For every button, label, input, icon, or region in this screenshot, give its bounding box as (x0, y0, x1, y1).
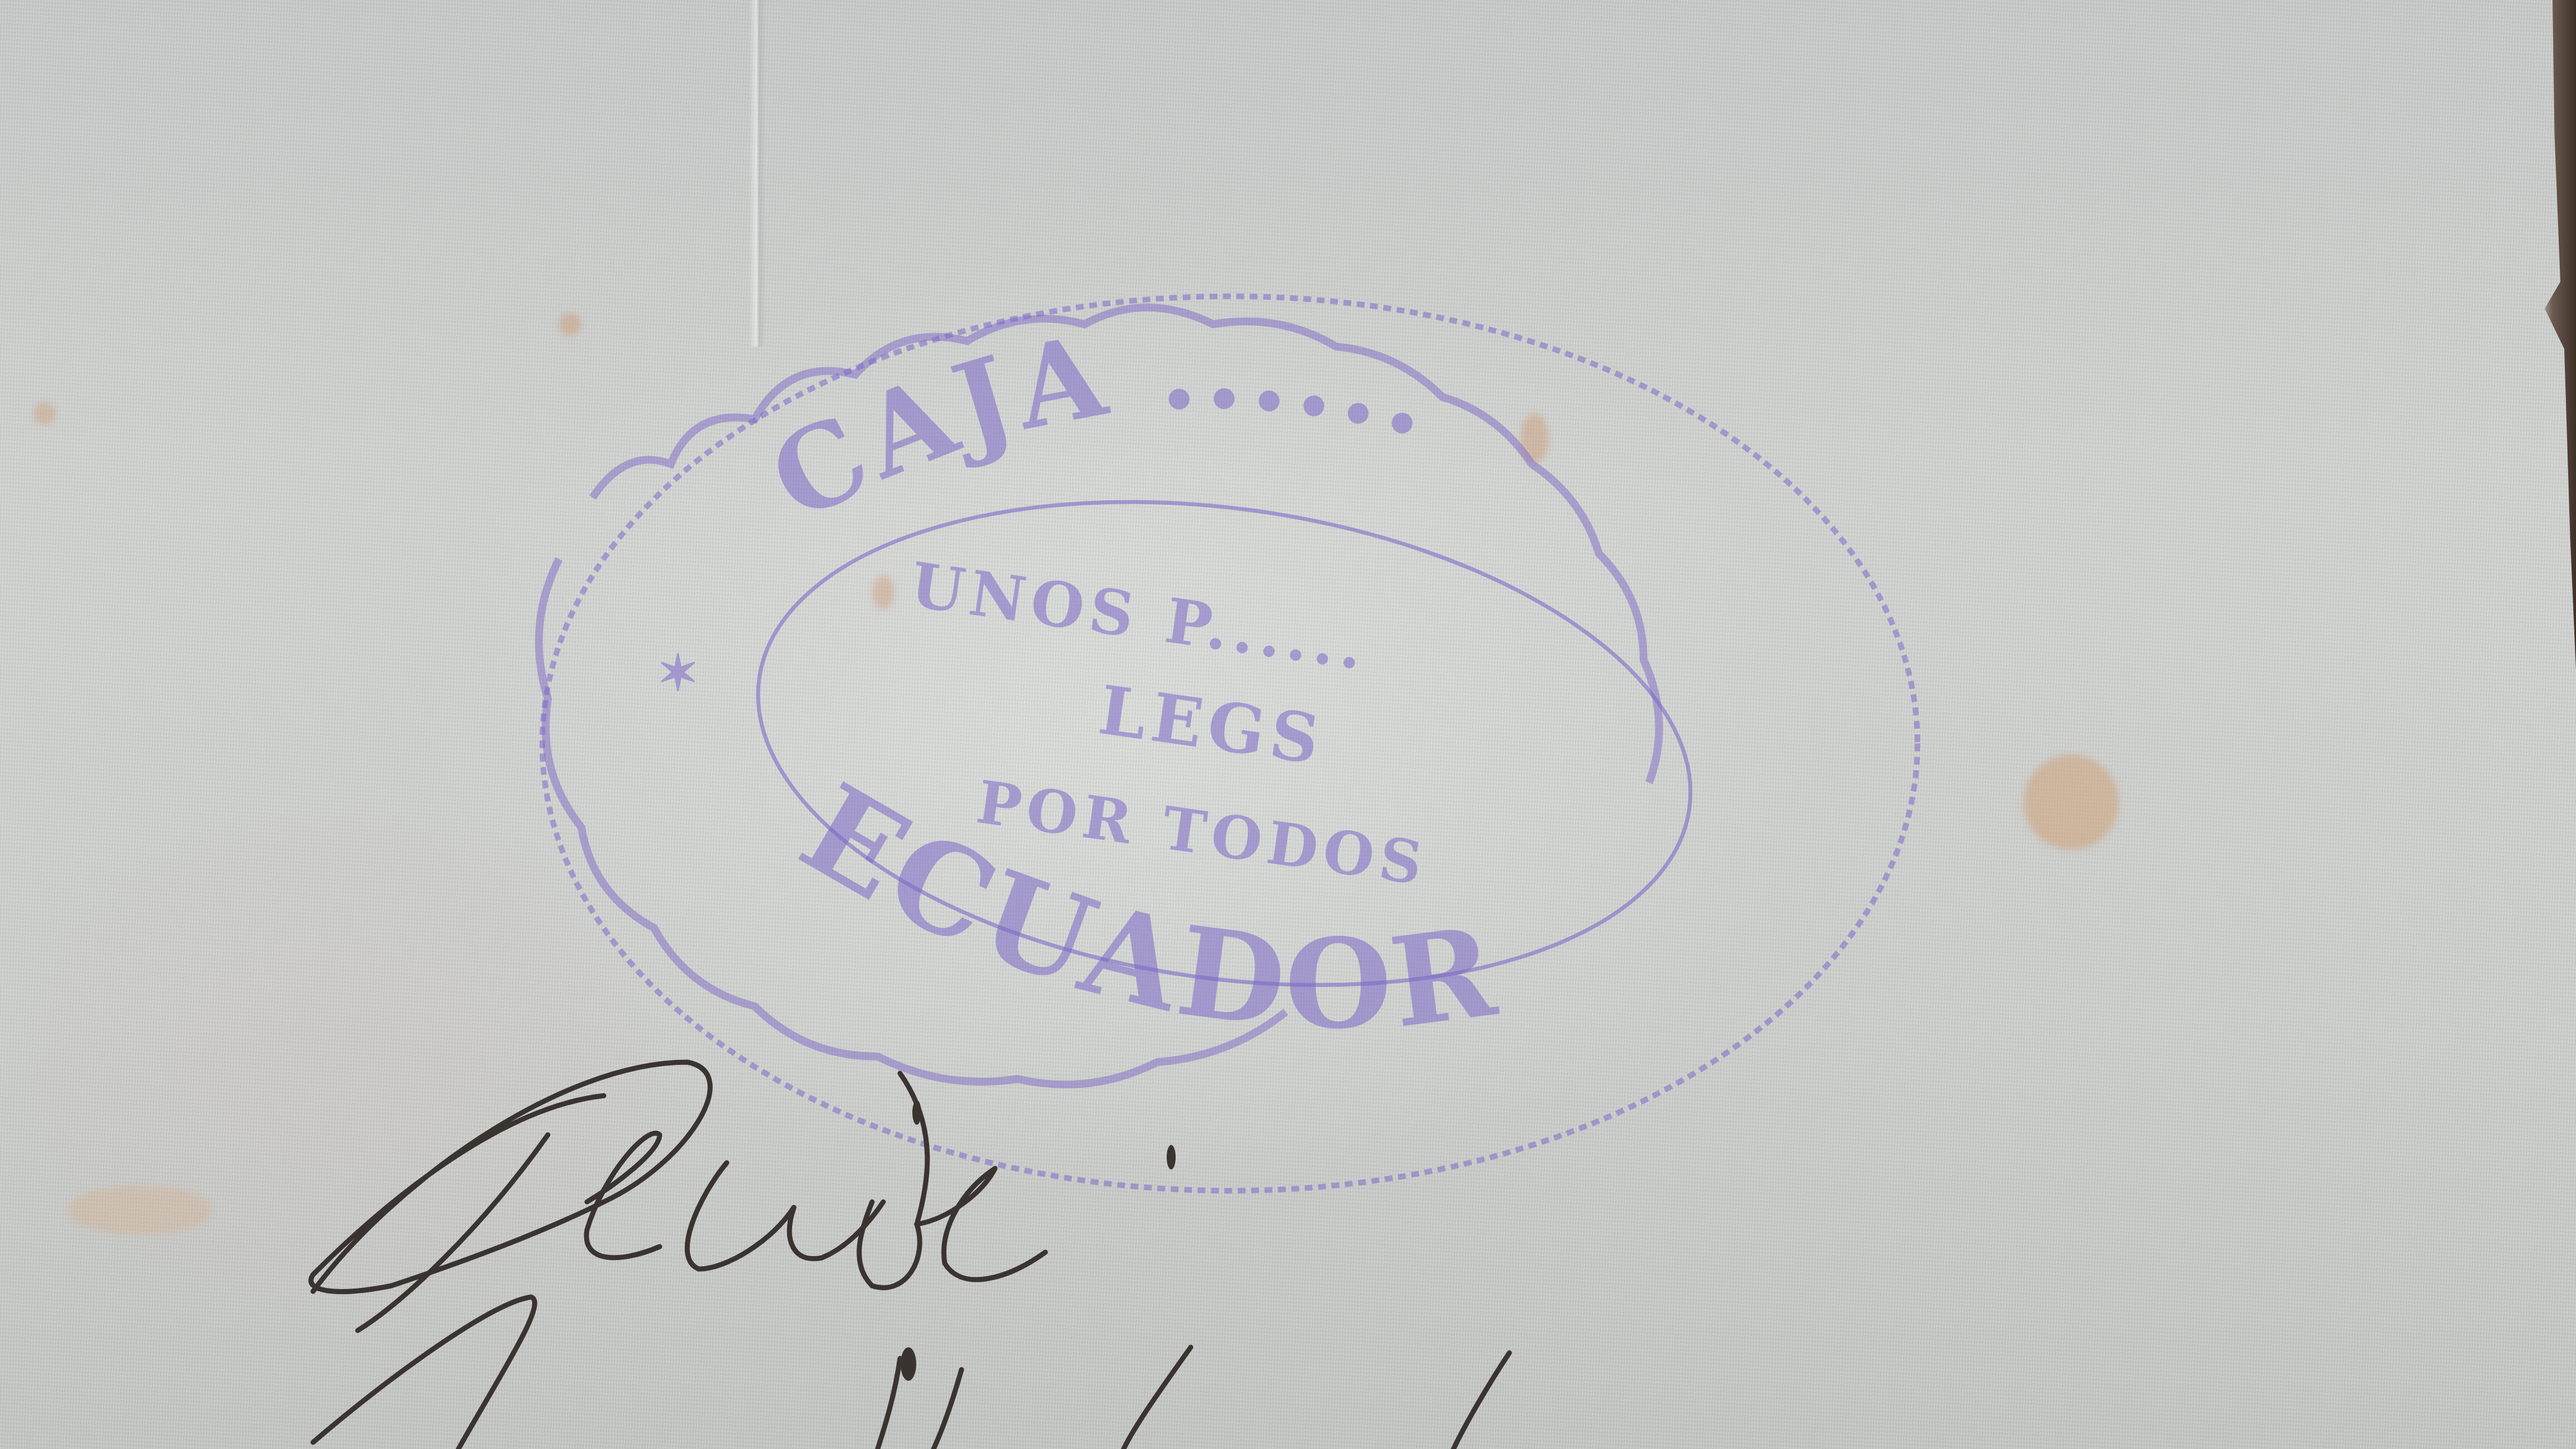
handwriting-line-1: Recibí (0, 0, 2, 1)
handwriting: Recibí (illegible, cut off) (0, 0, 2576, 1449)
handwriting-line-2: (illegible, cut off) (0, 0, 4, 1)
document-photo: ✶ CAJA ...... ECUADOR UNOS P...... LEGS … (0, 0, 2576, 1449)
